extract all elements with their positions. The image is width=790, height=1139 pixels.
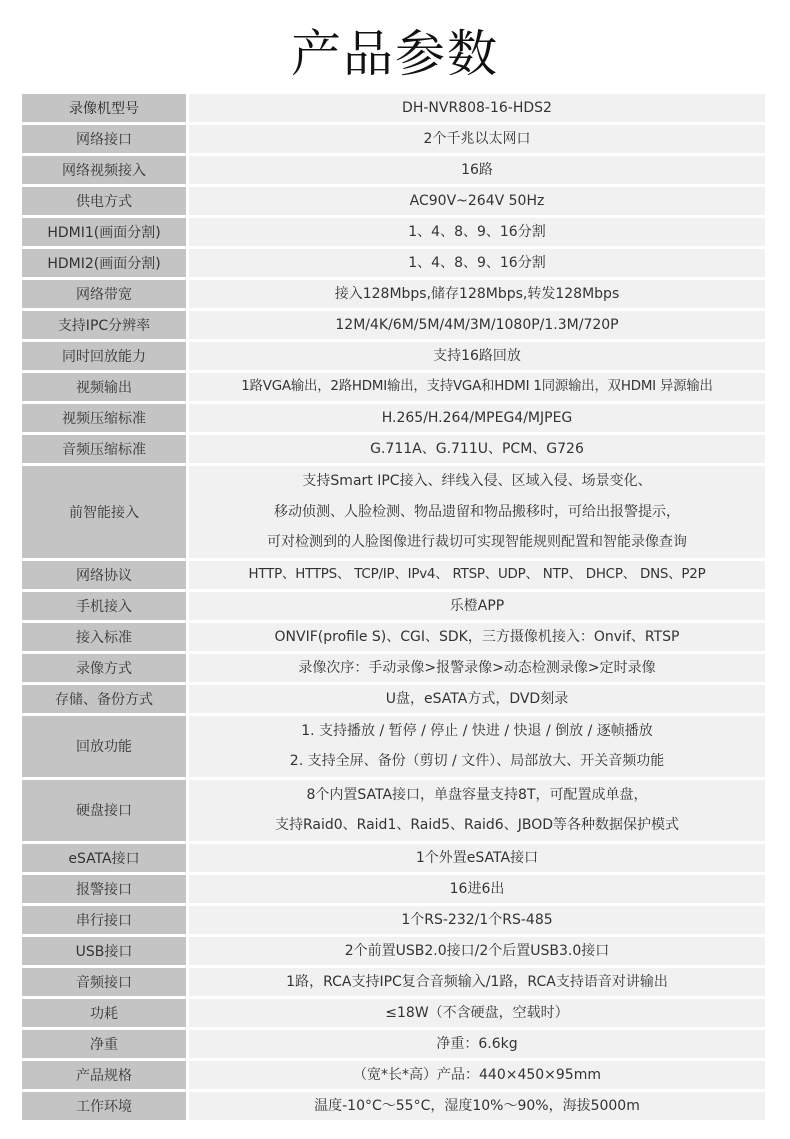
spec-value-line: 1. 支持播放 / 暂停 / 停止 / 快进 / 快退 / 倒放 / 逐帧播放 bbox=[301, 716, 653, 747]
spec-value: 2个千兆以太网口 bbox=[189, 125, 765, 153]
spec-value: （宽*长*高）产品：440×450×95mm bbox=[189, 1061, 765, 1089]
spec-row-model: 录像机型号 DH-NVR808-16-HDS2 bbox=[22, 94, 765, 122]
spec-row-power-consumption: 功耗 ≤18W（不含硬盘，空载时） bbox=[22, 999, 765, 1027]
spec-value: 1路，RCA支持IPC复合音频输入/1路，RCA支持语音对讲输出 bbox=[189, 968, 765, 996]
spec-value: 8个内置SATA接口，单盘容量支持8T，可配置成单盘， 支持Raid0、Raid… bbox=[189, 780, 765, 841]
spec-value: 支持Smart IPC接入、绊线入侵、区域入侵、场景变化、 移动侦测、人脸检测、… bbox=[189, 466, 765, 558]
spec-row-environment: 工作环境 温度-10°C～55°C，湿度10%～90%，海拔5000m bbox=[22, 1092, 765, 1120]
spec-label: 接入标准 bbox=[22, 623, 186, 651]
spec-value: 16进6出 bbox=[189, 875, 765, 903]
spec-value-line: 移动侦测、人脸检测、物品遗留和物品搬移时，可给出报警提示， bbox=[274, 497, 680, 528]
spec-value-line: 12M/4K/6M/5M/4M/3M/1080P/1.3M/720P bbox=[335, 311, 618, 339]
spec-row-audio-interface: 音频接口 1路，RCA支持IPC复合音频输入/1路，RCA支持语音对讲输出 bbox=[22, 968, 765, 996]
spec-row-serial: 串行接口 1个RS-232/1个RS-485 bbox=[22, 906, 765, 934]
spec-label: 供电方式 bbox=[22, 187, 186, 215]
spec-label: 串行接口 bbox=[22, 906, 186, 934]
spec-row-bandwidth: 网络带宽 接入128Mbps,储存128Mbps,转发128Mbps bbox=[22, 280, 765, 308]
spec-value-line: 1路VGA输出，2路HDMI输出，支持VGA和HDMI 1同源输出，双HDMI … bbox=[241, 373, 713, 401]
spec-value-line: DH-NVR808-16-HDS2 bbox=[402, 94, 552, 122]
spec-row-playback-capacity: 同时回放能力 支持16路回放 bbox=[22, 342, 765, 370]
spec-value-line: 16路 bbox=[461, 156, 493, 184]
spec-label: HDMI2(画面分割) bbox=[22, 249, 186, 277]
spec-value-line: 温度-10°C～55°C，湿度10%～90%，海拔5000m bbox=[314, 1092, 640, 1120]
spec-label: HDMI1(画面分割) bbox=[22, 218, 186, 246]
spec-row-hdd-interface: 硬盘接口 8个内置SATA接口，单盘容量支持8T，可配置成单盘， 支持Raid0… bbox=[22, 780, 765, 841]
spec-value: 乐橙APP bbox=[189, 592, 765, 620]
spec-label: 产品规格 bbox=[22, 1061, 186, 1089]
spec-row-usb: USB接口 2个前置USB2.0接口/2个后置USB3.0接口 bbox=[22, 937, 765, 965]
spec-label: USB接口 bbox=[22, 937, 186, 965]
spec-value: 净重：6.6kg bbox=[189, 1030, 765, 1058]
spec-value: 支持16路回放 bbox=[189, 342, 765, 370]
spec-row-storage-backup: 存储、备份方式 U盘，eSATA方式，DVD刻录 bbox=[22, 685, 765, 713]
spec-value-line: ONVIF(profile S)、CGI、SDK，三方摄像机接入：Onvif、R… bbox=[275, 623, 680, 651]
spec-table: 录像机型号 DH-NVR808-16-HDS2 网络接口 2个千兆以太网口 网络… bbox=[22, 94, 765, 1120]
spec-row-esata: eSATA接口 1个外置eSATA接口 bbox=[22, 844, 765, 872]
spec-value-line: 接入128Mbps,储存128Mbps,转发128Mbps bbox=[335, 280, 620, 308]
spec-row-net-weight: 净重 净重：6.6kg bbox=[22, 1030, 765, 1058]
spec-value-line: H.265/H.264/MPEG4/MJPEG bbox=[382, 404, 573, 432]
spec-label: 网络接口 bbox=[22, 125, 186, 153]
spec-label: 工作环境 bbox=[22, 1092, 186, 1120]
spec-value-line: 支持16路回放 bbox=[433, 342, 521, 370]
spec-label: 支持IPC分辨率 bbox=[22, 311, 186, 339]
spec-row-hdmi1: HDMI1(画面分割) 1、4、8、9、16分割 bbox=[22, 218, 765, 246]
spec-label: 网络协议 bbox=[22, 561, 186, 589]
spec-value: G.711A、G.711U、PCM、G726 bbox=[189, 435, 765, 463]
spec-label: 网络带宽 bbox=[22, 280, 186, 308]
spec-value-line: 录像次序：手动录像>报警录像>动态检测录像>定时录像 bbox=[298, 654, 655, 682]
spec-label: 网络视频接入 bbox=[22, 156, 186, 184]
spec-value-line: 2个千兆以太网口 bbox=[424, 125, 531, 153]
spec-value: 接入128Mbps,储存128Mbps,转发128Mbps bbox=[189, 280, 765, 308]
spec-value-line: ≤18W（不含硬盘，空载时） bbox=[385, 999, 568, 1027]
spec-label: 功耗 bbox=[22, 999, 186, 1027]
spec-row-ipc-resolution: 支持IPC分辨率 12M/4K/6M/5M/4M/3M/1080P/1.3M/7… bbox=[22, 311, 765, 339]
spec-label: 报警接口 bbox=[22, 875, 186, 903]
spec-value: 录像次序：手动录像>报警录像>动态检测录像>定时录像 bbox=[189, 654, 765, 682]
spec-row-network-port: 网络接口 2个千兆以太网口 bbox=[22, 125, 765, 153]
spec-value-line: （宽*长*高）产品：440×450×95mm bbox=[353, 1061, 601, 1089]
spec-value-line: 1个外置eSATA接口 bbox=[416, 844, 538, 872]
spec-label: 硬盘接口 bbox=[22, 780, 186, 841]
spec-row-mobile-access: 手机接入 乐橙APP bbox=[22, 592, 765, 620]
spec-value: H.265/H.264/MPEG4/MJPEG bbox=[189, 404, 765, 432]
spec-label: 视频输出 bbox=[22, 373, 186, 401]
spec-value: DH-NVR808-16-HDS2 bbox=[189, 94, 765, 122]
spec-row-access-standard: 接入标准 ONVIF(profile S)、CGI、SDK，三方摄像机接入：On… bbox=[22, 623, 765, 651]
spec-label: 录像方式 bbox=[22, 654, 186, 682]
spec-value-line: 净重：6.6kg bbox=[436, 1030, 517, 1058]
spec-row-dimensions: 产品规格 （宽*长*高）产品：440×450×95mm bbox=[22, 1061, 765, 1089]
spec-value: 2个前置USB2.0接口/2个后置USB3.0接口 bbox=[189, 937, 765, 965]
spec-label: 回放功能 bbox=[22, 716, 186, 777]
spec-row-playback-function: 回放功能 1. 支持播放 / 暂停 / 停止 / 快进 / 快退 / 倒放 / … bbox=[22, 716, 765, 777]
spec-value-line: 可对检测到的人脸图像进行裁切可实现智能规则配置和智能录像查询 bbox=[267, 527, 687, 558]
spec-value-line: 16进6出 bbox=[450, 875, 505, 903]
spec-label: 净重 bbox=[22, 1030, 186, 1058]
spec-value: 1个RS-232/1个RS-485 bbox=[189, 906, 765, 934]
spec-label: 视频压缩标准 bbox=[22, 404, 186, 432]
spec-value: 1个外置eSATA接口 bbox=[189, 844, 765, 872]
spec-value-line: 1、4、8、9、16分割 bbox=[408, 218, 545, 246]
spec-row-video-output: 视频输出 1路VGA输出，2路HDMI输出，支持VGA和HDMI 1同源输出，双… bbox=[22, 373, 765, 401]
spec-row-alarm: 报警接口 16进6出 bbox=[22, 875, 765, 903]
page-title: 产品参数 bbox=[0, 22, 790, 86]
spec-row-hdmi2: HDMI2(画面分割) 1、4、8、9、16分割 bbox=[22, 249, 765, 277]
spec-label: 前智能接入 bbox=[22, 466, 186, 558]
spec-label: 音频接口 bbox=[22, 968, 186, 996]
spec-value: ≤18W（不含硬盘，空载时） bbox=[189, 999, 765, 1027]
spec-row-video-input: 网络视频接入 16路 bbox=[22, 156, 765, 184]
spec-value-line: 8个内置SATA接口，单盘容量支持8T，可配置成单盘， bbox=[306, 780, 647, 811]
spec-label: 同时回放能力 bbox=[22, 342, 186, 370]
spec-label: 录像机型号 bbox=[22, 94, 186, 122]
spec-row-audio-compression: 音频压缩标准 G.711A、G.711U、PCM、G726 bbox=[22, 435, 765, 463]
spec-value: 温度-10°C～55°C，湿度10%～90%，海拔5000m bbox=[189, 1092, 765, 1120]
spec-label: 音频压缩标准 bbox=[22, 435, 186, 463]
spec-value: 12M/4K/6M/5M/4M/3M/1080P/1.3M/720P bbox=[189, 311, 765, 339]
spec-value: 1路VGA输出，2路HDMI输出，支持VGA和HDMI 1同源输出，双HDMI … bbox=[189, 373, 765, 401]
spec-row-smart-access: 前智能接入 支持Smart IPC接入、绊线入侵、区域入侵、场景变化、 移动侦测… bbox=[22, 466, 765, 558]
spec-value-line: 2个前置USB2.0接口/2个后置USB3.0接口 bbox=[345, 937, 610, 965]
spec-label: 手机接入 bbox=[22, 592, 186, 620]
spec-value: 1、4、8、9、16分割 bbox=[189, 218, 765, 246]
spec-value-line: AC90V~264V 50Hz bbox=[410, 187, 545, 215]
spec-value-line: 乐橙APP bbox=[450, 592, 504, 620]
spec-value: 1、4、8、9、16分割 bbox=[189, 249, 765, 277]
spec-row-video-compression: 视频压缩标准 H.265/H.264/MPEG4/MJPEG bbox=[22, 404, 765, 432]
spec-value-line: G.711A、G.711U、PCM、G726 bbox=[370, 435, 584, 463]
spec-value: 1. 支持播放 / 暂停 / 停止 / 快进 / 快退 / 倒放 / 逐帧播放 … bbox=[189, 716, 765, 777]
spec-value-line: 支持Raid0、Raid1、Raid5、Raid6、JBOD等各种数据保护模式 bbox=[275, 810, 679, 841]
spec-value: 16路 bbox=[189, 156, 765, 184]
spec-value-line: 1路，RCA支持IPC复合音频输入/1路，RCA支持语音对讲输出 bbox=[286, 968, 668, 996]
spec-label: eSATA接口 bbox=[22, 844, 186, 872]
spec-value-line: HTTP、HTTPS、 TCP/IP、IPv4、 RTSP、UDP、 NTP、 … bbox=[249, 561, 706, 589]
spec-value-line: 1、4、8、9、16分割 bbox=[408, 249, 545, 277]
spec-row-recording-mode: 录像方式 录像次序：手动录像>报警录像>动态检测录像>定时录像 bbox=[22, 654, 765, 682]
spec-row-network-protocol: 网络协议 HTTP、HTTPS、 TCP/IP、IPv4、 RTSP、UDP、 … bbox=[22, 561, 765, 589]
spec-row-power-supply: 供电方式 AC90V~264V 50Hz bbox=[22, 187, 765, 215]
spec-value-line: 1个RS-232/1个RS-485 bbox=[401, 906, 552, 934]
spec-value-line: U盘，eSATA方式，DVD刻录 bbox=[386, 685, 568, 713]
spec-value: HTTP、HTTPS、 TCP/IP、IPv4、 RTSP、UDP、 NTP、 … bbox=[189, 561, 765, 589]
spec-value-line: 2. 支持全屏、备份（剪切 / 文件）、局部放大、开关音频功能 bbox=[290, 746, 664, 777]
spec-value-line: 支持Smart IPC接入、绊线入侵、区域入侵、场景变化、 bbox=[302, 466, 651, 497]
spec-value: U盘，eSATA方式，DVD刻录 bbox=[189, 685, 765, 713]
spec-label: 存储、备份方式 bbox=[22, 685, 186, 713]
spec-value: AC90V~264V 50Hz bbox=[189, 187, 765, 215]
spec-value: ONVIF(profile S)、CGI、SDK，三方摄像机接入：Onvif、R… bbox=[189, 623, 765, 651]
